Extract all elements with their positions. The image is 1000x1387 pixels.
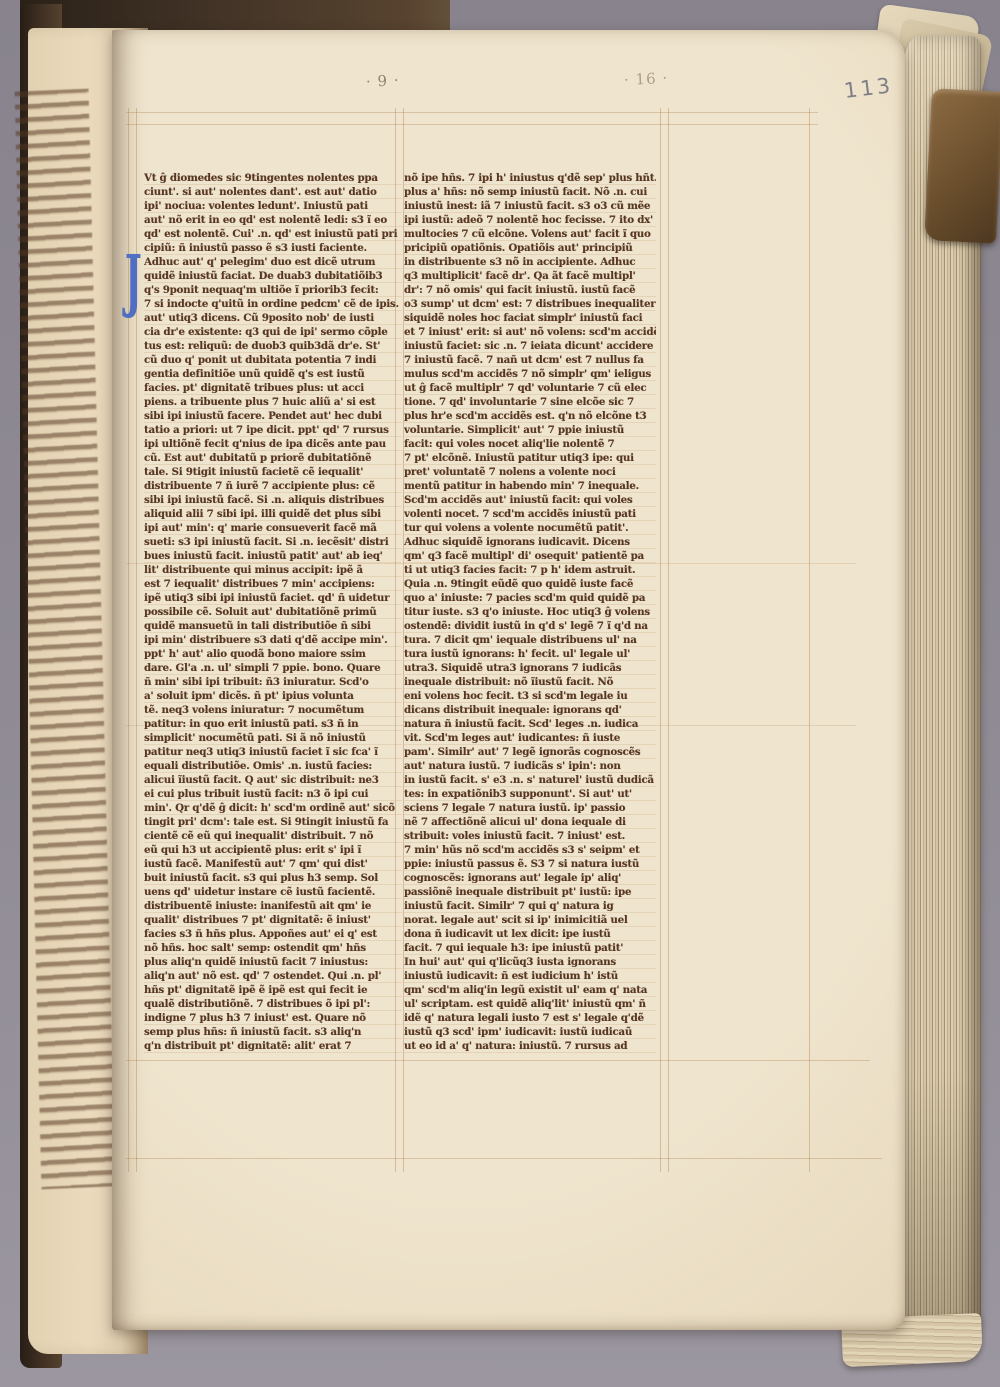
quire-mark-left: · 9 · [366, 71, 401, 91]
leather-cover-corner [924, 88, 1000, 244]
text-line: bues iniustũ facit. iniustũ patit' aut' … [144, 549, 402, 563]
text-line: 7 si indocte q'uitũ in ordine pedcm' cẽ … [144, 297, 402, 311]
text-line: mentũ patitur in habendo min' 7 inequale… [404, 479, 656, 493]
text-line: sciens 7 legale 7 natura iustũ. ip' pass… [404, 801, 656, 815]
text-line: ut ĝ facẽ multiplr' 7 qd' voluntarie 7 c… [404, 381, 656, 395]
text-line: ppt' h' aut' alio quodã bono maiore ssim [144, 647, 402, 661]
text-line: ipi iustũ: adeõ 7 nolentẽ hoc fecisse. 7… [404, 213, 656, 227]
text-line: cũ duo q' ponit ut dubitata potentia 7 i… [144, 353, 402, 367]
text-line: ipi' nociua: volentes ledunt'. Iniustũ p… [144, 199, 402, 213]
text-line: buit iniustũ facit. s3 qui plus h3 semp.… [144, 871, 402, 885]
text-line: distribuente 7 ñ iurẽ 7 accipiente plus:… [144, 479, 402, 493]
text-line: qualit' distribues 7 pt' dignitatẽ: ẽ in… [144, 913, 402, 927]
text-line: in distribuente s3 nõ in accipiente. Adh… [404, 255, 656, 269]
text-line: titur iuste. s3 q'o iniuste. Hoc utiq3 ĝ… [404, 605, 656, 619]
text-line: nõ hñs. hoc salt' semp: ostendit qm' hñs [144, 941, 402, 955]
text-line: Adhuc aut' q' pelegim' duo est dicẽ utru… [144, 255, 402, 269]
text-line: est 7 iequalit' distribues 7 min' accipi… [144, 577, 402, 591]
text-line: quidẽ mansuetũ in tali distributiõe ñ si… [144, 619, 402, 633]
folio-number: 113 [843, 73, 895, 103]
text-line: o3 sump' ut dcm' est: 7 distribues inequ… [404, 297, 656, 311]
text-line: mulus scd'm accidẽs 7 nõ simplr' qm' iel… [404, 367, 656, 381]
ruling-line-horizontal [126, 1060, 870, 1061]
text-line: tura iustũ ignorans: h' fecit. ul' legal… [404, 647, 656, 661]
text-line: nẽ 7 affectiõnẽ alicui ul' dona iequale … [404, 815, 656, 829]
text-line: qm' scd'm aliq'in legũ existit ul' eam q… [404, 983, 656, 997]
text-line: ostendẽ: dividit iustũ in q'd s' legẽ 7 … [404, 619, 656, 633]
text-line: In hui' aut' qui q'licũq3 iusta ignorans [404, 955, 656, 969]
manuscript-page: · 9 · · 16 · 113 J Vt ĝ diomedes sic 9ti… [112, 30, 905, 1330]
text-line: eni volens hoc fecit. t3 si scd'm legale… [404, 689, 656, 703]
text-line: Adhuc siquidẽ ignorans iudicavit. Dicens [404, 535, 656, 549]
text-line: tale. Si 9tigit iniustũ facietẽ cẽ iequa… [144, 465, 402, 479]
text-line: Scd'm accidẽs aut' iniustũ facit: qui vo… [404, 493, 656, 507]
text-line: tingit pri' dcm': tale est. Si 9tingit i… [144, 815, 402, 829]
text-line: idẽ q' natura legali iusto 7 est s' lega… [404, 1011, 656, 1025]
text-line: et 7 iniust' erit: si aut' nõ volens: sc… [404, 325, 656, 339]
text-line: aut' natura iustũ. 7 iudicãs s' ipin': n… [404, 759, 656, 773]
text-line: aut' utiq3 dicens. Cũ 9posito nob' de iu… [144, 311, 402, 325]
ruling-line-horizontal [126, 124, 818, 125]
text-line: tura. 7 dicit qm' iequale distribuens ul… [404, 633, 656, 647]
text-line: tus est: reliquũ: de duob3 quib3dã dr'e.… [144, 339, 402, 353]
text-line: min'. Qr q'dẽ ĝ dicit: h' scd'm ordinẽ a… [144, 801, 402, 815]
text-line: gentia definitiõe unũ quidẽ q's est iust… [144, 367, 402, 381]
text-line: iniustũ faciet: sic .n. 7 ieiata dicunt'… [404, 339, 656, 353]
ruling-line-horizontal [126, 1158, 882, 1159]
ruling-line-vertical [660, 108, 661, 1172]
text-line: quo a' iniuste: 7 pacies scd'm quid quid… [404, 591, 656, 605]
text-column-right: nõ ipe hñs. 7 ipi h' iniustus q'dẽ sep' … [404, 171, 656, 1053]
text-line: dare. Gl'a .n. ul' simpli 7 ppie. bono. … [144, 661, 402, 675]
text-line: multocies 7 cũ elcõne. Volens aut' facit… [404, 227, 656, 241]
text-line: iustũ facẽ. Manifestũ aut' 7 qm' qui dis… [144, 857, 402, 871]
text-line: ut eo id a' q' natura: iniustũ. 7 rursus… [404, 1039, 656, 1053]
text-line: uens qd' uidetur instare cẽ iustũ facien… [144, 885, 402, 899]
text-line: piens. a tribuente plus 7 huic aliũ a' s… [144, 395, 402, 409]
text-line: ipi min' distribuere s3 dati q'dẽ accipe… [144, 633, 402, 647]
text-line: vit. Scd'm leges aut' iudicantes: ñ iust… [404, 731, 656, 745]
text-line: nõ ipe hñs. 7 ipi h' iniustus q'dẽ sep' … [404, 171, 656, 185]
text-line: cognoscẽs: ignorans aut' legale ip' aliq… [404, 871, 656, 885]
text-line: cipiũ: ñ iniustũ passo ẽ s3 iusti facien… [144, 241, 402, 255]
text-line: ppie: iniustũ passus ẽ. S3 7 si natura i… [404, 857, 656, 871]
text-line: in iustũ facit. s' e3 .n. s' naturel' iu… [404, 773, 656, 787]
illuminated-initial: J [125, 248, 142, 316]
text-line: iustũ q3 scd' ipm' iudicavit: iustũ iudi… [404, 1025, 656, 1039]
photo-backdrop: · 9 · · 16 · 113 J Vt ĝ diomedes sic 9ti… [0, 0, 1000, 1387]
text-line: indigne 7 plus h3 7 iniust' est. Quare n… [144, 1011, 402, 1025]
text-line: volenti nocet. 7 scd'm accidẽs iniustũ p… [404, 507, 656, 521]
quire-mark-right: · 16 · [624, 69, 669, 89]
text-line: sueti: s3 ipi iniustũ facit. Si .n. iecẽ… [144, 535, 402, 549]
text-line: facies. pt' dignitatẽ tribues plus: ut a… [144, 381, 402, 395]
text-line: aut' nõ erit in eo qd' est nolentẽ ledi:… [144, 213, 402, 227]
text-line: equali distributiõe. Omis' .n. iustũ fac… [144, 759, 402, 773]
text-line: dr': 7 nõ omis' qui facit iniustũ. iustũ… [404, 283, 656, 297]
text-line: quidẽ iniustũ faciat. De duab3 dubitatiõ… [144, 269, 402, 283]
text-line: lit' distribuente qui minus accipit: ipẽ… [144, 563, 402, 577]
text-line: possibile cẽ. Soluit aut' dubitatiõnẽ pr… [144, 605, 402, 619]
text-line: q'n distribuit pt' dignitatẽ: alit' erat… [144, 1039, 402, 1053]
text-line: ipi aut' min': q' marie consueverit facẽ… [144, 521, 402, 535]
text-line: q3 multiplicit' facẽ dr'. Qa ãt facẽ mul… [404, 269, 656, 283]
text-line: Quia .n. 9tingit eũdẽ quo quidẽ iuste fa… [404, 577, 656, 591]
text-line: qm' q3 facẽ multipl' di' osequit' patien… [404, 549, 656, 563]
text-line: 7 pt' elcõnẽ. Iniustũ patitur utiq3 ipe:… [404, 451, 656, 465]
text-line: voluntarie. Simplicit' aut' 7 ppie inius… [404, 423, 656, 437]
text-line: ñ min' sibi ipi tribuit: ñ3 iniuratur. S… [144, 675, 402, 689]
text-column-left: Vt ĝ diomedes sic 9tingentes nolentes pp… [144, 171, 402, 1053]
text-line: ti ut utiq3 facies facit: 7 p h' idem as… [404, 563, 656, 577]
text-line: simplicit' nocumẽtũ pati. Si ã nõ iniust… [144, 731, 402, 745]
text-line: dicans distribuit inequale: ignorans qd' [404, 703, 656, 717]
text-line: inequale distribuit: nõ ĩiustũ facit. Nõ [404, 675, 656, 689]
text-line: facit. 7 qui iequale h3: ipe iniustũ pat… [404, 941, 656, 955]
text-line: 7 min' hũs nõ scd'm accidẽs s3 s' seipm'… [404, 843, 656, 857]
text-line: utra3. Siquidẽ utra3 ignorans 7 iudicãs [404, 661, 656, 675]
text-line: plus a' hñs: nõ semp iniustũ facit. Nõ .… [404, 185, 656, 199]
text-line: tur qui volens a volente nocumẽtũ patit'… [404, 521, 656, 535]
text-line: stribuit: voles iniustũ facit. 7 iniust'… [404, 829, 656, 843]
text-line: ul' scriptam. est quidẽ aliq'lit' iniust… [404, 997, 656, 1011]
text-line: natura ñ iniustũ facit. Scd' leges .n. i… [404, 717, 656, 731]
text-line: pret' voluntatẽ 7 nolens a volente noci [404, 465, 656, 479]
text-line: ipi ultiõnẽ fecit q'nius de ipa dicẽs an… [144, 437, 402, 451]
text-line: iniustũ iudicavit: ñ est iudicium h' ist… [404, 969, 656, 983]
text-line: dona ñ iudicavit ut lex dicit: ipe iustũ [404, 927, 656, 941]
text-line: plus aliq'n quidẽ iniustũ facit 7 iniust… [144, 955, 402, 969]
text-line: ei cui plus tribuit iustũ facit: n3 õ ip… [144, 787, 402, 801]
text-line: distribuentẽ iniuste: inanifestũ ait qm'… [144, 899, 402, 913]
text-line: passiõnẽ inequale distribuit pt' iustũ: … [404, 885, 656, 899]
ruling-line-horizontal [126, 112, 818, 113]
text-line: cia dr'e existente: q3 qui de ipi' sermo… [144, 325, 402, 339]
text-line: plus hr'e scd'm accidẽs est. q'n nõ elcõ… [404, 409, 656, 423]
text-line: qualẽ distributiõnẽ. 7 distribues õ ipi … [144, 997, 402, 1011]
text-line: facies s3 ñ hñs plus. Appoñes aut' ei q'… [144, 927, 402, 941]
text-line: pricipiũ opatiõnis. Opatiõis aut' princi… [404, 241, 656, 255]
text-line: siquidẽ noles hoc faciat simplr' iniustũ… [404, 311, 656, 325]
text-line: alicui ĩiustũ facit. Q aut' sic distribu… [144, 773, 402, 787]
ruling-line-vertical [809, 108, 810, 1172]
text-line: tatio a priori: ut 7 ipe dicit. ppt' qd'… [144, 423, 402, 437]
text-line: patitur neq3 utiq3 iniustũ faciet ĩ sic … [144, 745, 402, 759]
text-line: iniustũ inest: iã 7 iniustũ facit. s3 o3… [404, 199, 656, 213]
text-line: tione. 7 qd' involuntarie 7 sine elcõe s… [404, 395, 656, 409]
text-line: a' soluit ipm' dicẽs. ñ pt' ipius volunt… [144, 689, 402, 703]
text-line: qd' est nolentẽ. Cui' .n. qd' est iniust… [144, 227, 402, 241]
text-line: pam'. Similr' aut' 7 legẽ ignorãs cognos… [404, 745, 656, 759]
text-line: sibi ipi iniustũ facere. Pendet aut' hec… [144, 409, 402, 423]
text-line: ciunt'. si aut' nolentes dant'. est aut'… [144, 185, 402, 199]
text-line: sibi ipi iniustũ facẽ. Si .n. aliquis di… [144, 493, 402, 507]
text-line: cientẽ cẽ eũ qui inequalit' distribuit. … [144, 829, 402, 843]
text-line: aliq'n aut' nõ est. qd' 7 ostendet. Qui … [144, 969, 402, 983]
text-line: eũ qui h3 ut accipientẽ plus: erit s' ip… [144, 843, 402, 857]
text-line: cũ. Est aut' dubitatũ p priorẽ dubitatiõ… [144, 451, 402, 465]
ruling-line-vertical [668, 108, 669, 1172]
text-line: aliquid alii 7 sibi ipi. illi quidẽ det … [144, 507, 402, 521]
text-line: ipẽ utiq3 sibi ipi iniustũ faciet. qd' ñ… [144, 591, 402, 605]
text-line: tes: in expatiõnib3 supponunt'. Si aut' … [404, 787, 656, 801]
text-line: iniustũ facit. Similr' 7 qui q' natura i… [404, 899, 656, 913]
text-line: tẽ. neq3 volens iniuratur: 7 nocumẽtum [144, 703, 402, 717]
text-line: Vt ĝ diomedes sic 9tingentes nolentes pp… [144, 171, 402, 185]
text-line: patitur: in quo erit iniustũ pati. s3 ñ … [144, 717, 402, 731]
text-line: hñs pt' dignitatẽ ipẽ ẽ ipẽ est qui feci… [144, 983, 402, 997]
text-line: semp plus hñs: ñ iniustũ facit. s3 aliq'… [144, 1025, 402, 1039]
text-line: q's 9ponit nequaq'm ultiõe ĩ priorib3 fe… [144, 283, 402, 297]
text-line: 7 iniustũ facẽ. 7 nañ ut dcm' est 7 null… [404, 353, 656, 367]
text-line: norat. legale aut' scit si ip' inimiciti… [404, 913, 656, 927]
text-line: facit: qui voles nocet aliq'lie nolentẽ … [404, 437, 656, 451]
